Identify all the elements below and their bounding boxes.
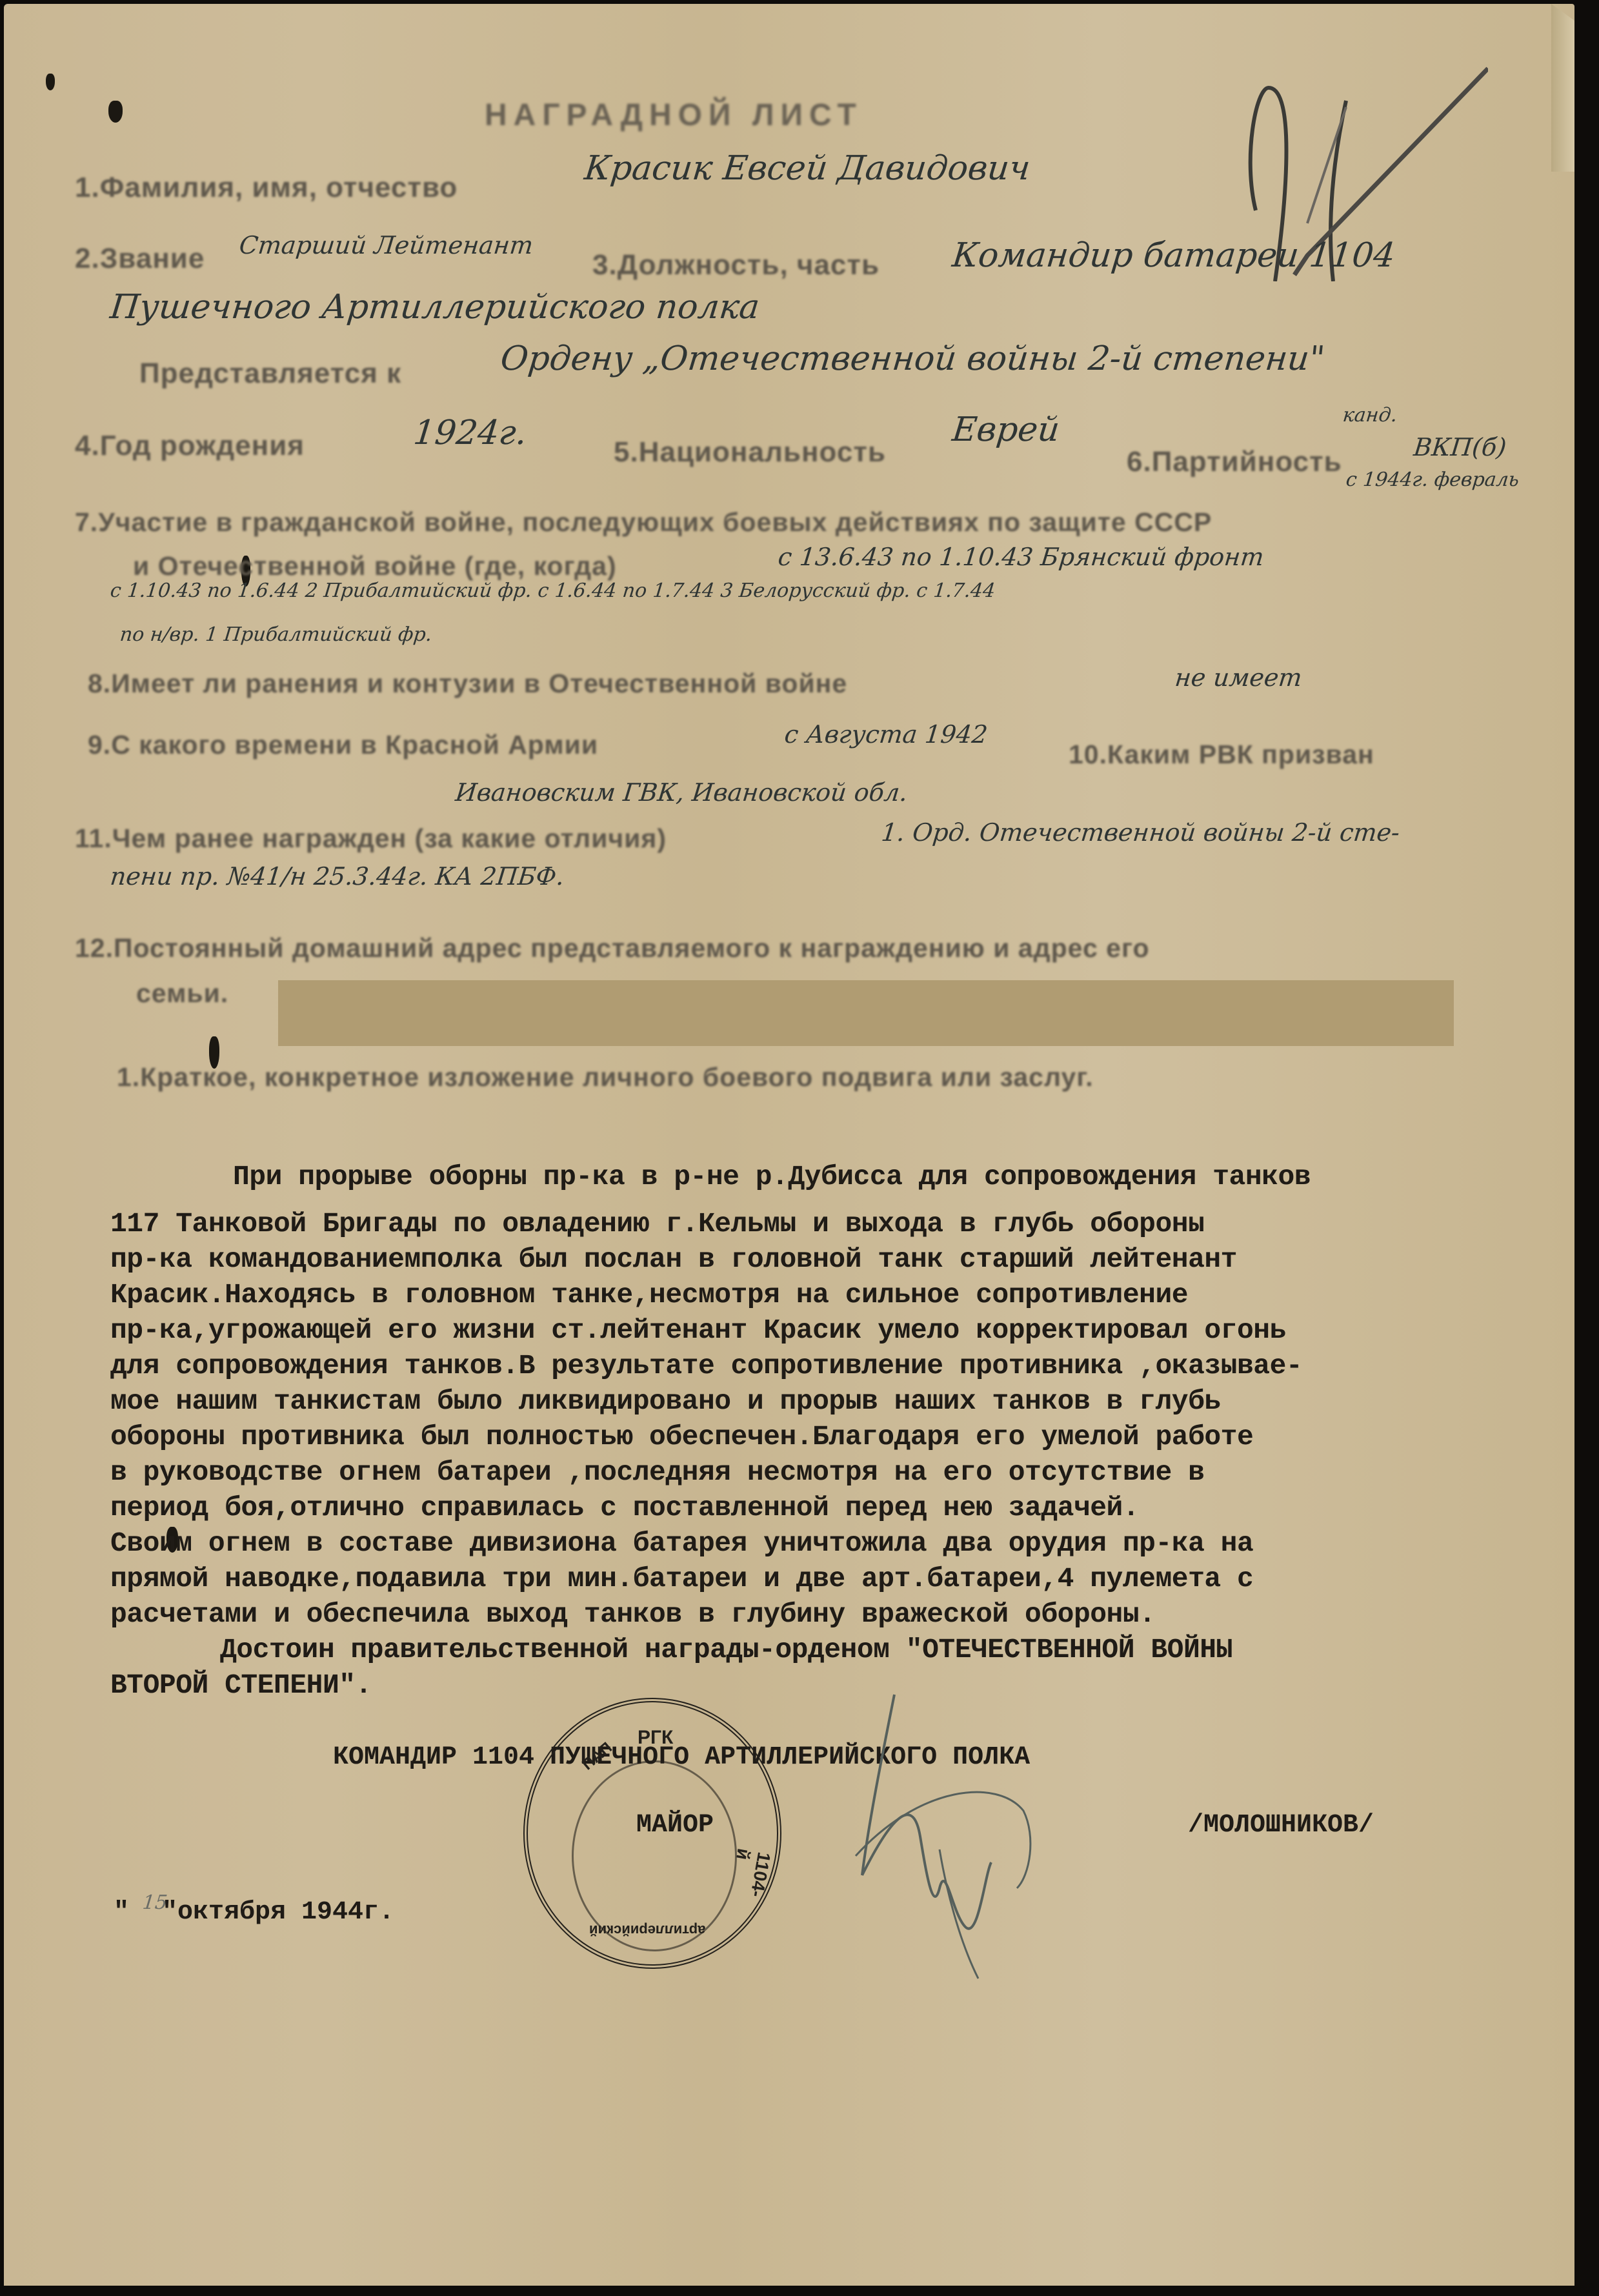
field-label-nationality: 5.Национальность bbox=[614, 436, 886, 468]
field-value-award: Ордену „Отечественной войны 2-й степени" bbox=[499, 339, 1327, 378]
field-value-army-since: с Августа 1942 bbox=[783, 720, 989, 749]
field-label-address-cont: семьи. bbox=[136, 978, 228, 1009]
citation-line: для сопровождения танков.В результате со… bbox=[110, 1348, 1549, 1384]
field-label-draft-office: 10.Каким РВК призван bbox=[1069, 740, 1374, 770]
citation-line: обороны противника был полностью обеспеч… bbox=[110, 1419, 1549, 1455]
citation-line: период боя,отлично справилась с поставле… bbox=[110, 1490, 1549, 1526]
field-value-prev-awards-cont: пени пр. №41/н 25.3.44г. КА 2ПБФ. bbox=[109, 862, 566, 891]
field-value-name: Красик Евсей Давидович bbox=[583, 149, 1032, 188]
field-label-address: 12.Постоянный домашний адрес представляе… bbox=[75, 933, 1150, 963]
field-value-draft-office: Ивановским ГВК, Ивановской обл. bbox=[454, 778, 909, 807]
field-label-service: 7.Участие в гражданской войне, последующ… bbox=[75, 507, 1212, 538]
field-value-party-since: с 1944г. февраль bbox=[1345, 468, 1520, 491]
stamp-text-bottom: артиллерийский bbox=[589, 1922, 705, 1939]
field-value-rank: Старший Лейтенант bbox=[238, 231, 535, 259]
punch-hole bbox=[46, 74, 55, 90]
redacted-address bbox=[278, 980, 1454, 1046]
folded-corner bbox=[1551, 4, 1574, 172]
section-heading-feat: 1.Краткое, конкретное изложение личного … bbox=[117, 1062, 1094, 1093]
field-value-position-cont: Пушечного Артиллерийского полка bbox=[108, 288, 761, 327]
field-label-service-cont: и Отечественной войне (где, когда) bbox=[133, 551, 617, 581]
commander-name: /МОЛОШНИКОВ/ bbox=[1188, 1811, 1374, 1840]
field-value-party: ВКП(б) bbox=[1413, 433, 1508, 461]
field-label-prev-awards: 11.Чем ранее награжден (за какие отличия… bbox=[75, 823, 667, 854]
citation-text: При прорыве оборны пр-ка в р-не р.Дубисс… bbox=[110, 1159, 1549, 1703]
date-open-quote: " bbox=[114, 1898, 129, 1927]
field-value-service-cont2: по н/вр. 1 Прибалтийский фр. bbox=[119, 623, 433, 646]
field-value-prev-awards: 1. Орд. Отечественной войны 2-й сте- bbox=[880, 818, 1402, 847]
field-value-wounds: не имеет bbox=[1174, 663, 1303, 692]
award-sheet: НАГРАДНОЙ ЛИСТ 1.Фамилия, имя, отчество … bbox=[4, 4, 1574, 2286]
citation-line: При прорыве оборны пр-ка в р-не р.Дубисс… bbox=[110, 1159, 1549, 1194]
document-title: НАГРАДНОЙ ЛИСТ bbox=[485, 97, 863, 133]
date-month-year: "октября 1944г. bbox=[162, 1898, 394, 1927]
citation-line: 117 Танковой Бригады по овладению г.Кель… bbox=[110, 1206, 1549, 1242]
citation-line: пр-ка командованиемполка был послан в го… bbox=[110, 1242, 1549, 1277]
field-label-wounds: 8.Имеет ли ранения и контузии в Отечеств… bbox=[88, 669, 847, 699]
citation-line: расчетами и обеспечила выход танков в гл… bbox=[110, 1596, 1549, 1632]
field-value-position: Командир батареи 1104 bbox=[950, 236, 1397, 275]
stamp-text-right: 1104-й bbox=[724, 1847, 774, 1909]
field-label-birth-year: 4.Год рождения bbox=[75, 430, 305, 462]
commander-signature-icon bbox=[843, 1682, 1088, 1991]
punch-hole bbox=[108, 101, 123, 123]
citation-line: в руководстве огнем батареи ,последняя н… bbox=[110, 1455, 1549, 1490]
field-value-birth-year: 1924г. bbox=[412, 414, 528, 452]
citation-line: ВТОРОЙ СТЕПЕНИ". bbox=[110, 1667, 1549, 1703]
citation-line: прямой наводке,подавила три мин.батареи … bbox=[110, 1561, 1549, 1596]
regiment-stamp: РГК ПАП 1104-й артиллерийский bbox=[523, 1698, 781, 1969]
field-label-army-since: 9.С какого времени в Красной Армии bbox=[88, 730, 598, 760]
field-label-position: 3.Должность, часть bbox=[592, 249, 880, 281]
field-label-name: 1.Фамилия, имя, отчество bbox=[75, 172, 458, 204]
citation-line: Достоин правительственной награды-ордено… bbox=[110, 1632, 1549, 1667]
citation-line: Красик.Находясь в головном танке,несмотр… bbox=[110, 1277, 1549, 1313]
citation-line: Своим огнем в составе дивизиона батарея … bbox=[110, 1526, 1549, 1561]
citation-line: пр-ка,угрожающей его жизни ст.лейтенант … bbox=[110, 1313, 1549, 1348]
stamp-text-left: ПАП bbox=[579, 1739, 616, 1775]
field-value-nationality: Еврей bbox=[950, 410, 1061, 449]
field-label-rank: 2.Звание bbox=[75, 243, 205, 275]
field-value-party-candidate: канд. bbox=[1342, 404, 1398, 427]
field-value-service: с 13.6.43 по 1.10.43 Брянский фронт bbox=[777, 543, 1265, 571]
field-label-presented: Представляется к bbox=[139, 357, 401, 390]
citation-line: мое нашим танкистам было ликвидировано и… bbox=[110, 1384, 1549, 1419]
stamp-text-top: РГК bbox=[638, 1727, 673, 1749]
field-label-party: 6.Партийность bbox=[1127, 446, 1342, 478]
field-value-service-cont: с 1.10.43 по 1.6.44 2 Прибалтийский фр. … bbox=[109, 579, 996, 602]
